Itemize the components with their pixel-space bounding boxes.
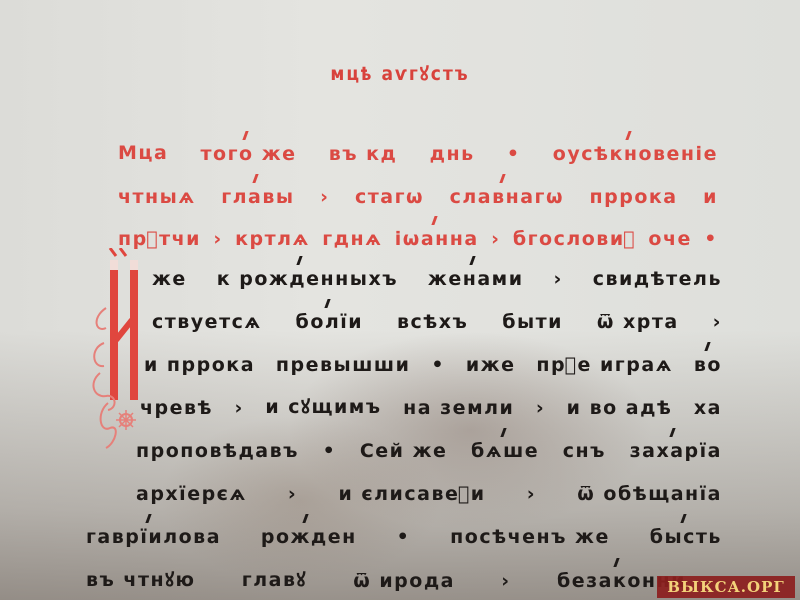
rubric-word: и [703, 186, 718, 208]
rubric-word: Мца [118, 137, 168, 165]
body-word: иже [466, 354, 516, 376]
body-line-6: архїерєѧ › и єлисавеⷣи › ѿ обѣщанїа [136, 465, 722, 505]
body-word: снъ [563, 440, 606, 462]
rubric-word: бгословиⷮ [513, 228, 636, 250]
body-sep: › [501, 570, 510, 592]
body-word: на земли [403, 397, 514, 419]
rubric-sep: › [320, 186, 329, 208]
rubric-word: кртлѧ [235, 228, 310, 250]
body-word: главꙋ [242, 566, 307, 592]
rubric-word: въ кд [329, 143, 398, 165]
body-line-3: и пррока превышши • иже прⷣе играѧ во [144, 336, 722, 376]
rubric-dot: • [507, 143, 521, 165]
rubric-line-3: прⷣтчи › кртлѧ гднѧ іѡанна › бгословиⷮ о… [118, 210, 718, 250]
body-word: к рожденныхъ [217, 268, 398, 290]
rubric-line-2: чтныѧ главы › стагѡ славнагѡ пррока и [118, 168, 718, 208]
body-word: ѿ обѣщанїа [577, 483, 722, 505]
body-line-1: же к рожденныхъ женами › свидѣтель [152, 250, 722, 290]
rubric-word: того же [201, 143, 297, 165]
rubric-word: стагѡ [355, 186, 424, 208]
body-line-5: проповѣдавъ • Сей же бѧше снъ захарїа [136, 422, 722, 462]
body-sep: › [235, 397, 244, 419]
body-line-7: гаврїилова рожден • посѣченъ же бысть [86, 508, 722, 548]
rubric-word: пррока [590, 186, 678, 208]
body-word: архїерєѧ [136, 483, 247, 505]
body-word: ѿ хрта [597, 311, 679, 333]
rubric-word: іѡанна [395, 228, 479, 250]
body-word: свидѣтель [593, 268, 722, 290]
watermark-label: ВЫКСА.ОРГ [657, 576, 795, 598]
rubric-word: чтныѧ [118, 186, 196, 208]
body-sep: › [553, 268, 562, 290]
body-sep: › [527, 483, 536, 505]
body-word: ствуетсѧ [152, 311, 262, 333]
rubric-word: главы [221, 186, 294, 208]
rubric-word: днь [430, 143, 475, 165]
body-word: превышши [276, 354, 411, 376]
body-dot: • [397, 526, 411, 548]
rubric-dot: • [704, 228, 718, 250]
rubric-word: славнагѡ [450, 186, 564, 208]
body-word: проповѣдавъ [136, 440, 299, 462]
body-word: посѣченъ же [450, 526, 610, 548]
body-word: быти [502, 311, 563, 333]
body-line-2: ствуетсѧ болїи всѣхъ быти ѿ хрта › [152, 293, 722, 333]
body-word: ха [694, 397, 722, 419]
body-line-8: въ чтнꙋю главꙋ ѿ ирода › безаконни [86, 552, 686, 592]
body-word: во [694, 354, 722, 376]
body-word: бысть [650, 526, 722, 548]
body-dot: • [431, 354, 445, 376]
body-word: бѧше [471, 440, 539, 462]
body-word: и во адѣ [567, 397, 673, 419]
body-word: рожден [261, 526, 357, 548]
rubric-word: оче [648, 228, 691, 250]
body-word: чревѣ [140, 397, 213, 419]
rubric-word: гднѧ [322, 228, 382, 250]
body-word: и пррока [144, 354, 255, 376]
body-word: прⷣе играѧ [536, 354, 673, 376]
body-sep: › [288, 483, 297, 505]
body-word: женами [428, 268, 524, 290]
body-word: въ чтнꙋю [86, 566, 195, 592]
body-word: Сей же [360, 440, 448, 462]
manuscript-page: мцҍ аѵгꙋстъ Мца того же въ кд днь • оусѣ… [0, 0, 800, 600]
body-dot: • [323, 440, 337, 462]
rubric-line-1: Мца того же въ кд днь • оусѣкновеніе [118, 125, 718, 165]
body-word: и єлисавеⷣи [338, 483, 485, 505]
body-word: и сꙋщимъ [265, 393, 381, 419]
body-word: болїи [296, 311, 364, 333]
rubric-sep: › [491, 228, 500, 250]
page-title: мцҍ аѵгꙋстъ [0, 60, 800, 86]
body-line-4: чревѣ › и сꙋщимъ на земли › и во адѣ ха [140, 379, 722, 419]
body-sep: › [536, 397, 545, 419]
body-word: ѿ ирода [353, 570, 455, 592]
body-word: гаврїилова [86, 526, 221, 548]
body-word: захарїа [630, 440, 722, 462]
rubric-word: прⷣтчи [118, 228, 201, 250]
body-word: всѣхъ [397, 311, 468, 333]
body-word: же [152, 268, 187, 290]
rubric-sep: › [213, 228, 222, 250]
rubric-word: оусѣкновеніе [553, 143, 718, 165]
body-sep: › [713, 311, 722, 333]
